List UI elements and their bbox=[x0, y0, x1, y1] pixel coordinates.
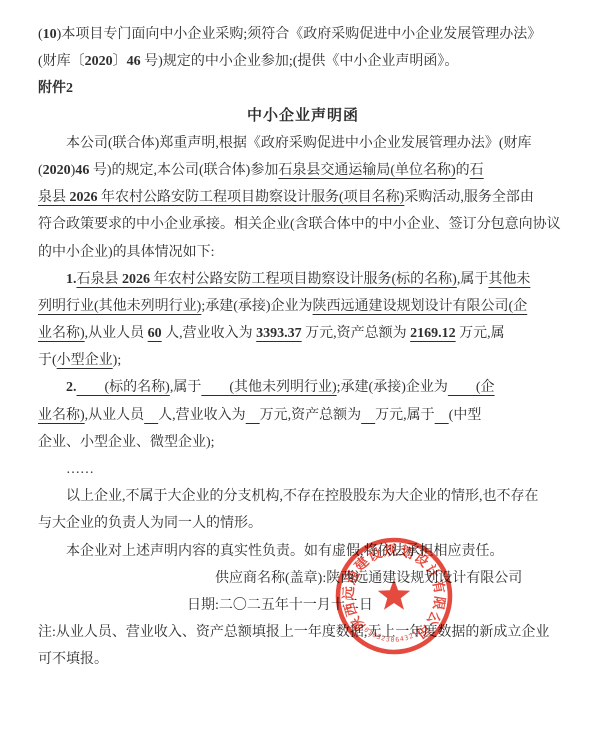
filled-field: 列明行业(其他未列明行业) bbox=[38, 299, 201, 314]
text-segment: 于( bbox=[38, 353, 57, 368]
filled-field bbox=[246, 408, 260, 423]
filled-field: 年农村公路安防工程项目勘察设计服务(项目名称) bbox=[98, 190, 405, 205]
body-line-2: (2020)46 号)的规定,本公司(联合体)参加石泉县交通运输局(单位名称)的… bbox=[38, 157, 568, 184]
filled-field: 2026 bbox=[70, 190, 98, 205]
text-segment: 采购活动,服务全部由 bbox=[404, 190, 534, 205]
text-segment: )本项目专门面向中小企业采购;须符合《政府采购促进中小企业发展管理办法》 bbox=[57, 27, 542, 42]
text-segment: ,从业人员 bbox=[85, 408, 145, 423]
text-segment: ;承建(承接)企业为 bbox=[337, 380, 448, 395]
text-segment: 2. bbox=[66, 380, 77, 395]
text-segment: ); bbox=[113, 353, 122, 368]
item1-line-2: 列明行业(其他未列明行业);承建(承接)企业为陕西远通建设规划设计有限公司(企 bbox=[38, 293, 568, 320]
text-segment: (中型 bbox=[449, 408, 482, 423]
item1-line-1: 1.石泉县 2026 年农村公路安防工程项目勘察设计服务(标的名称),属于其他未 bbox=[38, 266, 568, 293]
text-segment: 2020 bbox=[43, 163, 71, 178]
filled-field bbox=[144, 408, 158, 423]
text-segment: 可不填报。 bbox=[38, 652, 108, 667]
text-segment: 以上企业,不属于大企业的分支机构,不存在控股股东为大企业的情形,也不存在 bbox=[66, 489, 539, 504]
filled-field: (标的名称) bbox=[77, 380, 170, 395]
text-segment: …… bbox=[66, 462, 94, 477]
filled-field: 2169.12 bbox=[410, 326, 456, 341]
closing-line-2: 与大企业的负责人为同一人的情形。 bbox=[38, 510, 568, 537]
filled-field: 60 bbox=[148, 326, 162, 341]
item1-line-3: 业名称),从业人员 60 人,营业收入为 3393.37 万元,资产总额为 21… bbox=[38, 320, 568, 347]
filled-field: 年农村公路安防工程项目勘察设计服务(标的名称) bbox=[150, 272, 457, 287]
item2-line-1: 2. (标的名称),属于 (其他未列明行业);承建(承接)企业为 (企 bbox=[38, 374, 568, 401]
text-segment: 号)的规定,本公司(联合体)参加 bbox=[89, 163, 278, 178]
document-lines: (10)本项目专门面向中小企业采购;须符合《政府采购促进中小企业发展管理办法》(… bbox=[38, 21, 568, 674]
filled-field: 陕西远通建设规划设计有限公司(企 bbox=[313, 299, 528, 314]
filled-field: 3393.37 bbox=[256, 326, 302, 341]
text-segment: 企业、小型企业、微型企业); bbox=[38, 435, 215, 450]
text-segment: 的中小企业)的具体情况如下: bbox=[38, 245, 215, 260]
document-page: (10)本项目专门面向中小企业采购;须符合《政府采购促进中小企业发展管理办法》(… bbox=[0, 0, 592, 738]
document-title: 中小企业声明函 bbox=[38, 103, 568, 130]
filled-field: (企 bbox=[448, 380, 495, 395]
filled-field: 石泉县交通运输局(单位名称) bbox=[278, 163, 455, 178]
text-segment: 本企业对上述声明内容的真实性负责。如有虚假,将依法承担相应责任。 bbox=[66, 544, 504, 559]
filled-field: 石泉县 bbox=[77, 272, 123, 287]
text-segment: ,从业人员 bbox=[85, 326, 148, 341]
supplier-line: 供应商名称(盖章):陕西远通建设规划设计有限公司 bbox=[38, 565, 568, 592]
filled-field bbox=[435, 408, 449, 423]
body-line-1: 本公司(联合体)郑重声明,根据《政府采购促进中小企业发展管理办法》(财库 bbox=[38, 130, 568, 157]
text-segment: 与大企业的负责人为同一人的情形。 bbox=[38, 516, 262, 531]
text-segment: 的 bbox=[456, 163, 470, 178]
text-segment: ,属于 bbox=[457, 272, 489, 287]
text-segment: 附件2 bbox=[38, 81, 73, 96]
text-segment: 人,营业收入为 bbox=[158, 408, 246, 423]
filled-field: 2026 bbox=[122, 272, 150, 287]
note-line-2: 可不填报。 bbox=[38, 646, 568, 673]
text-segment: 〕 bbox=[113, 54, 127, 69]
text-segment: 2020 bbox=[85, 54, 113, 69]
filled-field: (其他未列明行业) bbox=[201, 380, 336, 395]
text-segment: ;承建(承接)企业为 bbox=[201, 299, 312, 314]
text-segment: 10 bbox=[43, 27, 57, 42]
text-segment: 供应商名称(盖章):陕西远通建设规划设计有限公司 bbox=[215, 571, 522, 586]
text-segment: 46 bbox=[75, 163, 89, 178]
text-segment: 万元,资产总额为 bbox=[260, 408, 362, 423]
text-segment: 万元,属 bbox=[456, 326, 505, 341]
text-segment: 46 bbox=[127, 54, 141, 69]
body-line-5: 的中小企业)的具体情况如下: bbox=[38, 239, 568, 266]
item2-line-3: 企业、小型企业、微型企业); bbox=[38, 429, 568, 456]
filled-field: 其他未 bbox=[488, 272, 530, 287]
item2-line-2: 业名称),从业人员 人,营业收入为 万元,资产总额为 万元,属于 (中型 bbox=[38, 402, 568, 429]
text-segment: ,属于 bbox=[170, 380, 202, 395]
attachment-label: 附件2 bbox=[38, 75, 568, 102]
item1-line-4: 于(小型企业); bbox=[38, 347, 568, 374]
text-segment: 万元,资产总额为 bbox=[302, 326, 411, 341]
ellipsis-line: …… bbox=[38, 456, 568, 483]
note-line-1: 注:从业人员、营业收入、资产总额填报上一年度数据,无上一年度数据的新成立企业 bbox=[38, 619, 568, 646]
body-line-3: 泉县 2026 年农村公路安防工程项目勘察设计服务(项目名称)采购活动,服务全部… bbox=[38, 184, 568, 211]
text-segment: 本公司(联合体)郑重声明,根据《政府采购促进中小企业发展管理办法》(财库 bbox=[66, 136, 531, 151]
text-segment: (财库〔 bbox=[38, 54, 85, 69]
filled-field: 泉县 bbox=[38, 190, 70, 205]
intro-line-1: (10)本项目专门面向中小企业采购;须符合《政府采购促进中小企业发展管理办法》 bbox=[38, 21, 568, 48]
text-segment: 注:从业人员、营业收入、资产总额填报上一年度数据,无上一年度数据的新成立企业 bbox=[38, 625, 549, 640]
closing-line-1: 以上企业,不属于大企业的分支机构,不存在控股股东为大企业的情形,也不存在 bbox=[38, 483, 568, 510]
text-segment: 日期:二〇二五年十一月十二日 bbox=[187, 598, 373, 613]
text-segment: 号)规定的中小企业参加;(提供《中小企业声明函》。 bbox=[141, 54, 459, 69]
filled-field bbox=[361, 408, 375, 423]
closing-line-3: 本企业对上述声明内容的真实性负责。如有虚假,将依法承担相应责任。 bbox=[38, 538, 568, 565]
filled-field: 小型企业 bbox=[57, 353, 113, 368]
text-segment: 1. bbox=[66, 272, 77, 287]
text-segment: 万元,属于 bbox=[375, 408, 435, 423]
text-segment: 人,营业收入为 bbox=[162, 326, 257, 341]
filled-field: 石 bbox=[470, 163, 484, 178]
intro-line-2: (财库〔2020〕46 号)规定的中小企业参加;(提供《中小企业声明函》。 bbox=[38, 48, 568, 75]
filled-field: 业名称) bbox=[38, 408, 85, 423]
text-segment: 中小企业声明函 bbox=[247, 108, 359, 124]
date-line: 日期:二〇二五年十一月十二日 bbox=[38, 592, 568, 619]
body-line-4: 符合政策要求的中小企业承接。相关企业(含联合体中的中小企业、签订分包意向协议 bbox=[38, 211, 568, 238]
text-segment: 符合政策要求的中小企业承接。相关企业(含联合体中的中小企业、签订分包意向协议 bbox=[38, 217, 561, 232]
filled-field: 业名称) bbox=[38, 326, 85, 341]
